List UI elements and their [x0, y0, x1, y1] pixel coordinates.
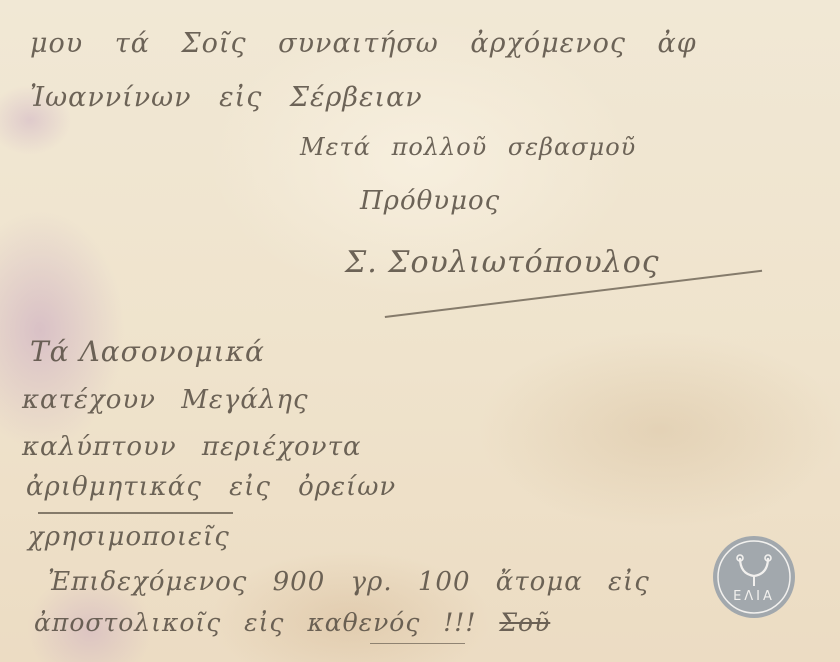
postscript-line-3: καλύπτουν περιέχοντα [22, 432, 362, 462]
closing-word: Πρόθυμος [360, 186, 500, 216]
postscript-line-5: χρησιμοποιεῖς [28, 522, 230, 552]
postscript-line-2: κατέχουν Μεγάλης [22, 385, 309, 415]
letter-page: μου τά Σοῖς συναιτήσω ἀρχόμενος ἀφ Ἰωανν… [0, 0, 840, 662]
postscript-line-7-text: ἀποστολικοῖς εἰς καθενός !!! [34, 608, 476, 637]
postscript-line-1: Τά Λασονομικά [30, 335, 265, 368]
postscript-line-6: Ἐπιδεχόμενος 900 γρ. 100 ἄτομα εἰς [48, 567, 650, 597]
underline [370, 643, 465, 644]
letter-line-1: μου τά Σοῖς συναιτήσω ἀρχόμενος ἀφ [30, 28, 697, 59]
elia-seal-icon: ΕΛΙΑ [713, 536, 795, 618]
underline [38, 512, 233, 514]
archive-stamp: ΕΛΙΑ [713, 536, 795, 618]
postscript-line-4: ἀριθμητικάς εἰς ὀρείων [26, 472, 396, 502]
closing-line: Μετά πολλοῦ σεβασμοῦ [300, 133, 636, 161]
letter-line-2: Ἰωαννίνων εἰς Σέρβειαν [30, 82, 423, 113]
postscript-line-7: ἀποστολικοῖς εἰς καθενός !!! Σοῦ [34, 608, 550, 637]
struck-word: Σοῦ [499, 608, 550, 637]
stamp-label: ΕΛΙΑ [733, 589, 775, 604]
signature-flourish [380, 230, 762, 318]
